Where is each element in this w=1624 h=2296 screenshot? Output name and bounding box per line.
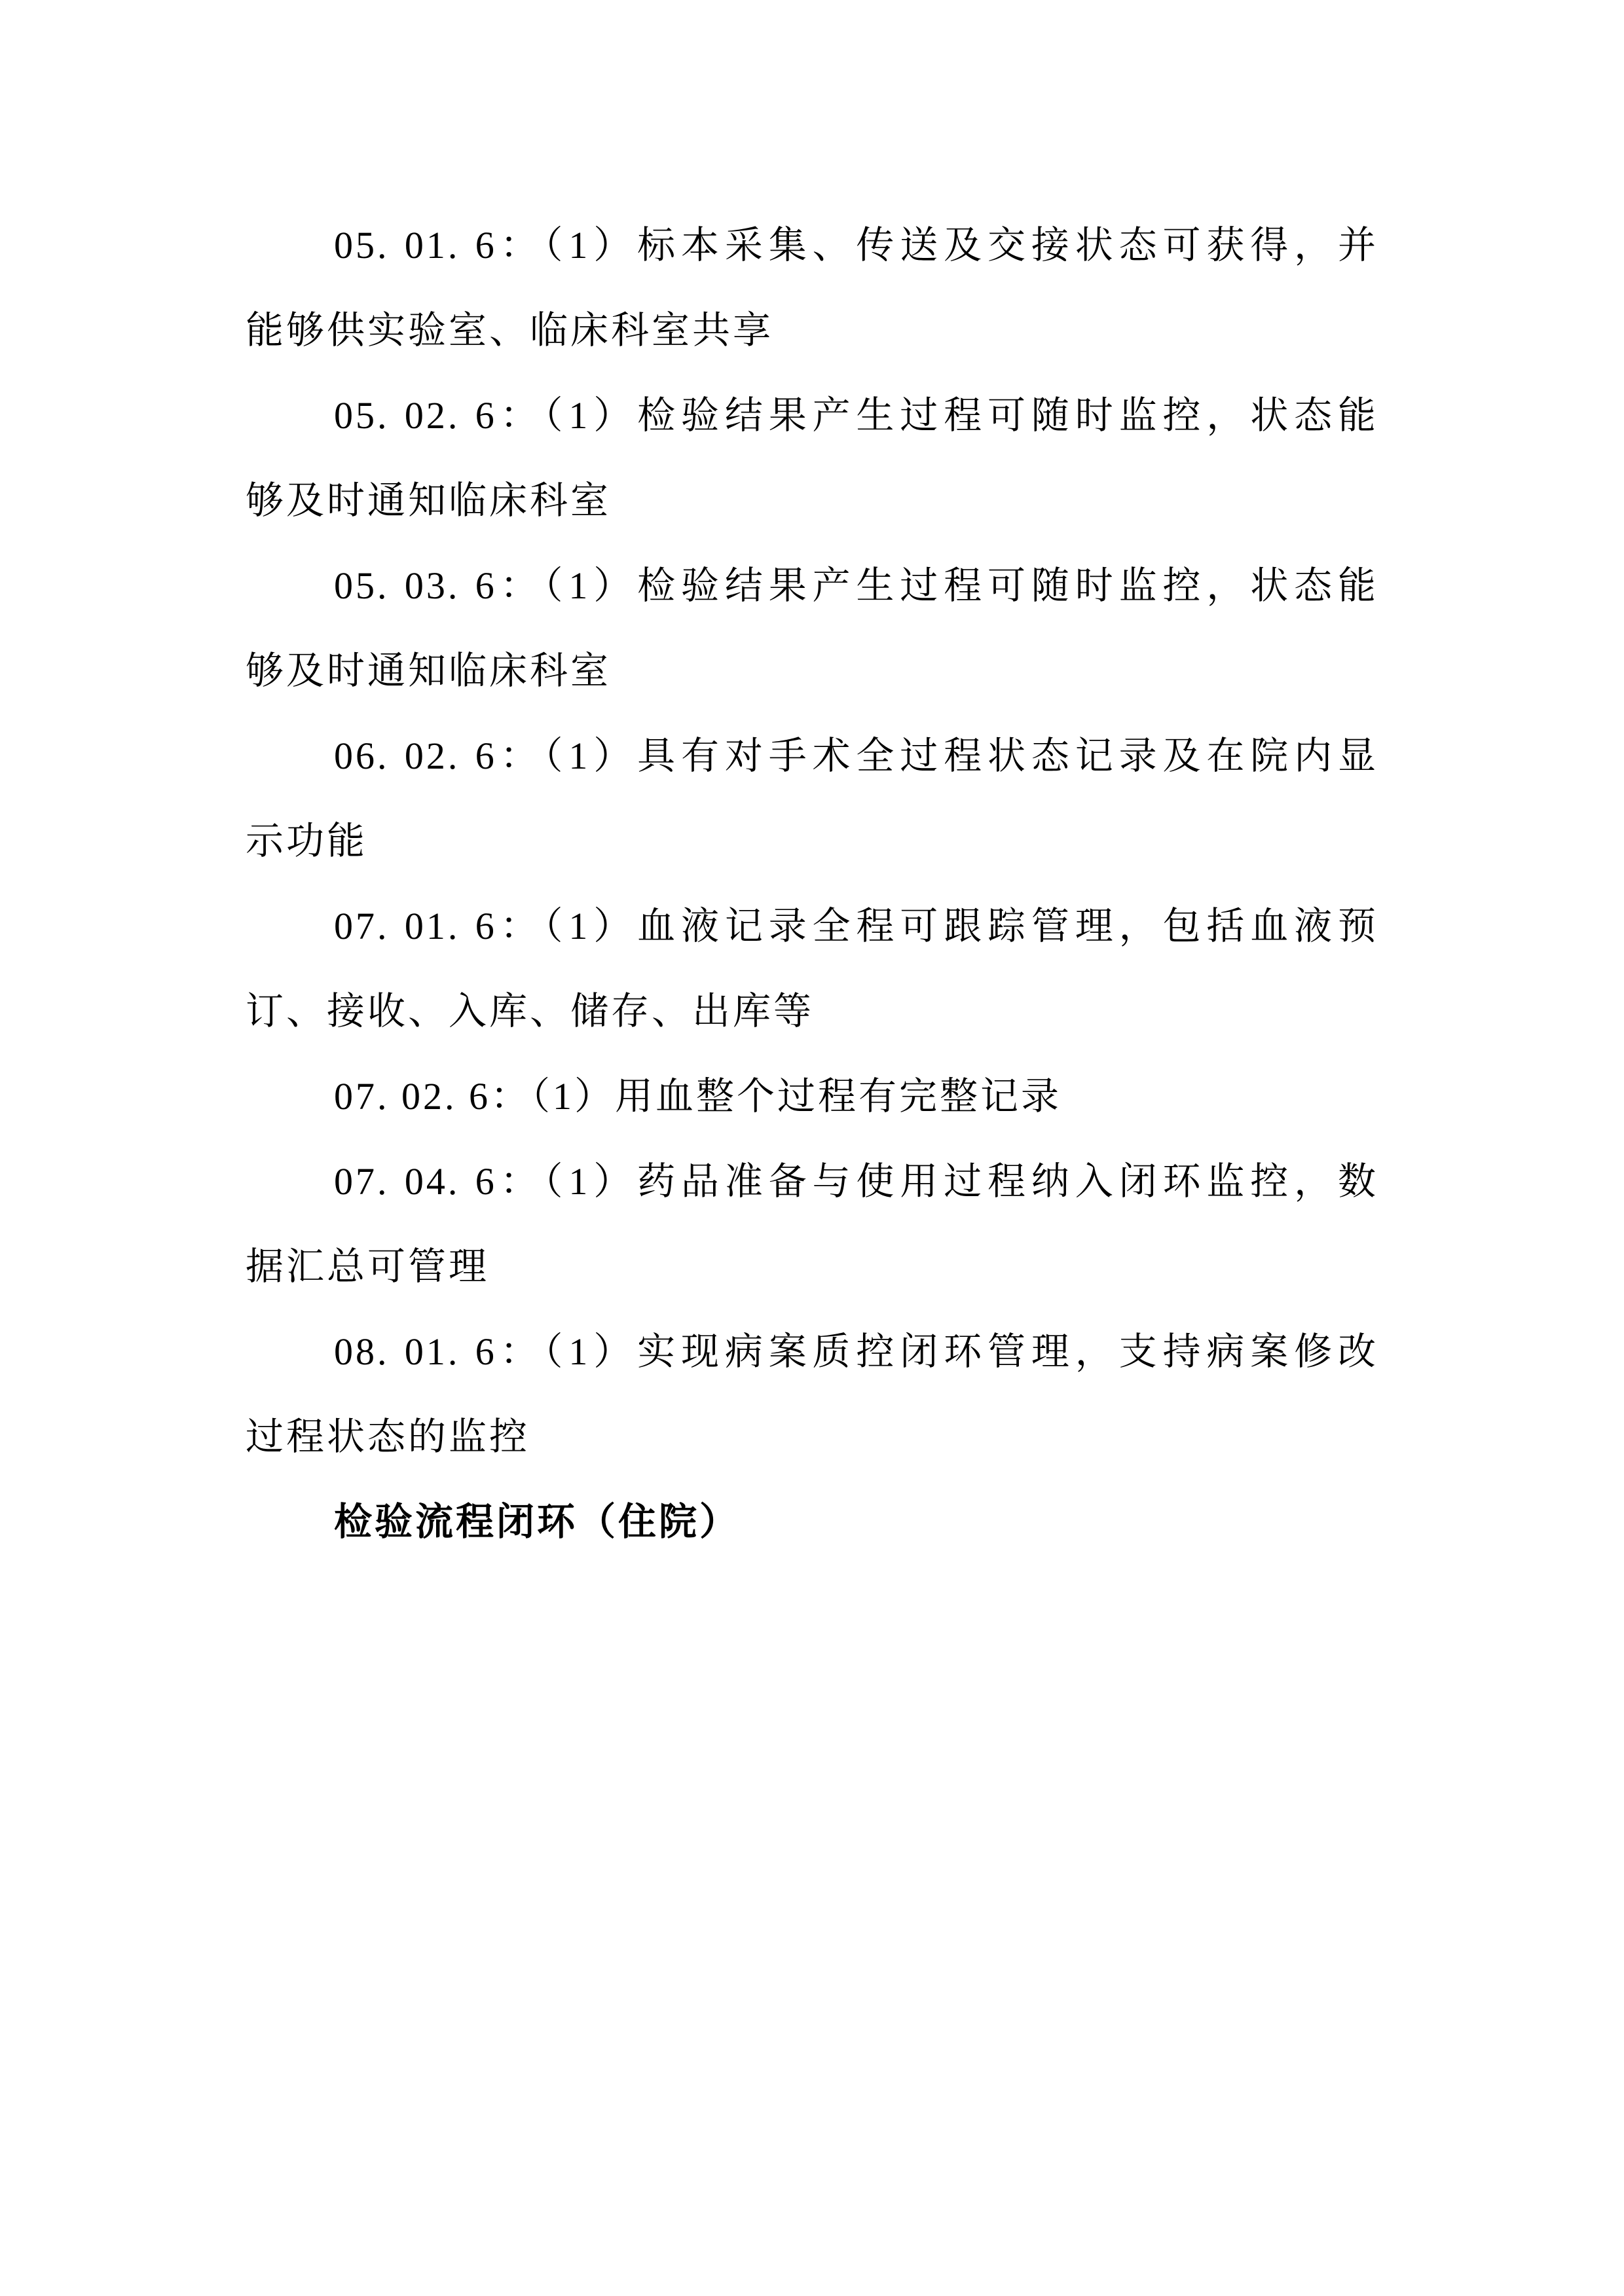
item-first-line: 05. 01. 6：（1）标本采集、传送及交接状态可获得，并 [246, 203, 1378, 288]
item-continuation-line: 订、接收、入库、储存、出库等 [246, 969, 1378, 1054]
item-first-line: 05. 03. 6：（1）检验结果产生过程可随时监控，状态能 [246, 543, 1378, 629]
item-first-line: 07. 02. 6：（1）用血整个过程有完整记录 [246, 1054, 1378, 1139]
item-continuation-line: 示功能 [246, 799, 1378, 884]
section-heading: 检验流程闭环（住院） [246, 1480, 1378, 1565]
item-continuation-line: 能够供实验室、临床科室共享 [246, 288, 1378, 373]
item-first-line: 06. 02. 6：（1）具有对手术全过程状态记录及在院内显 [246, 714, 1378, 799]
item-first-line: 07. 01. 6：（1）血液记录全程可跟踪管理，包括血液预 [246, 884, 1378, 969]
item-continuation-line: 据汇总可管理 [246, 1224, 1378, 1309]
document-body: 05. 01. 6：（1）标本采集、传送及交接状态可获得，并能够供实验室、临床科… [246, 203, 1378, 1565]
document-page: 05. 01. 6：（1）标本采集、传送及交接状态可获得，并能够供实验室、临床科… [0, 0, 1624, 2296]
item-continuation-line: 够及时通知临床科室 [246, 629, 1378, 714]
item-continuation-line: 够及时通知临床科室 [246, 458, 1378, 543]
item-first-line: 05. 02. 6：（1）检验结果产生过程可随时监控，状态能 [246, 373, 1378, 458]
item-continuation-line: 过程状态的监控 [246, 1394, 1378, 1480]
item-first-line: 08. 01. 6：（1）实现病案质控闭环管理，支持病案修改 [246, 1309, 1378, 1394]
item-first-line: 07. 04. 6：（1）药品准备与使用过程纳入闭环监控，数 [246, 1139, 1378, 1224]
